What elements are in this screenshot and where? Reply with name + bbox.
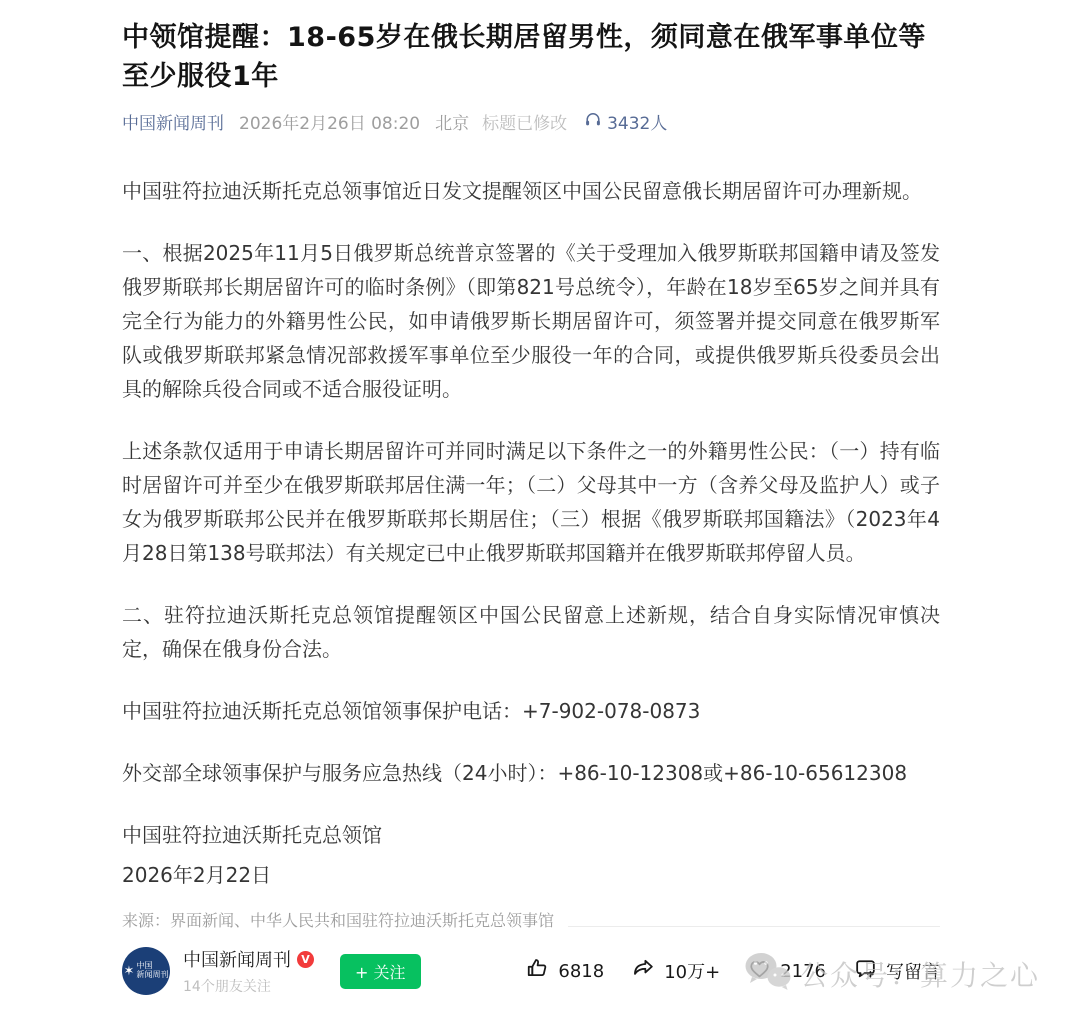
comment-label: 写留言 <box>886 958 940 984</box>
paragraph: 上述条款仅适用于申请长期居留许可并同时满足以下条件之一的外籍男性公民：（一）持有… <box>122 434 940 570</box>
share-arrow-icon <box>631 956 664 986</box>
account-link[interactable]: 中国新闻周刊 <box>122 109 224 134</box>
account-name[interactable]: 中国新闻周刊 <box>183 946 291 972</box>
share-button[interactable]: 10万+ <box>631 956 720 986</box>
heart-icon <box>747 956 780 986</box>
article-byline: 中国新闻周刊 2026年2月26日 08:20 北京 标题已修改 3432人 <box>122 109 940 134</box>
headphone-icon <box>584 110 607 133</box>
publish-location: 北京 <box>435 109 469 134</box>
avatar-logo-icon: ✶ <box>124 964 135 979</box>
like-count: 6818 <box>558 961 604 982</box>
signature-name: 中国驻符拉迪沃斯托克总领馆 <box>122 818 940 852</box>
share-count: 10万+ <box>664 958 720 984</box>
title-edited-note: 标题已修改 <box>482 109 567 134</box>
article-page: 中领馆提醒：18-65岁在俄长期居留男性，须同意在俄军事单位等至少服役1年 中国… <box>0 0 1080 1027</box>
verified-badge-icon: V <box>297 951 314 968</box>
heart-count: 2176 <box>780 961 826 982</box>
paragraph: 一、根据2025年11月5日俄罗斯总统普京签署的《关于受理加入俄罗斯联邦国籍申请… <box>122 236 940 406</box>
source-line: 来源：界面新闻、中华人民共和国驻符拉迪沃斯托克总领事馆 <box>122 908 554 931</box>
account-footer: ✶ 中国 新闻周刊 中国新闻周刊 V 14个朋友关注 + 关注 <box>122 946 940 996</box>
account-block: 中国新闻周刊 V 14个朋友关注 <box>183 946 314 996</box>
paragraph: 二、驻符拉迪沃斯托克总领馆提醒领区中国公民留意上述新规，结合自身实际情况审慎决定… <box>122 598 940 666</box>
paragraph-hotline: 外交部全球领事保护与服务应急热线（24小时）：+86-10-12308或+86-… <box>122 756 940 790</box>
comment-bubble-icon <box>853 956 886 986</box>
heart-button[interactable]: 2176 <box>747 956 826 986</box>
divider <box>568 926 940 927</box>
friends-follow-note: 14个朋友关注 <box>183 976 314 996</box>
signature-date: 2026年2月22日 <box>122 858 940 892</box>
listener-count: 3432人 <box>607 109 667 134</box>
audio-listeners[interactable]: 3432人 <box>584 109 667 134</box>
article-content: 中领馆提醒：18-65岁在俄长期居留男性，须同意在俄军事单位等至少服役1年 中国… <box>122 0 940 996</box>
article-body: 中国驻符拉迪沃斯托克总领事馆近日发文提醒领区中国公民留意俄长期居留许可办理新规。… <box>122 174 940 892</box>
follow-button[interactable]: + 关注 <box>340 954 421 989</box>
comment-button[interactable]: 写留言 <box>853 956 940 986</box>
source-row: 来源：界面新闻、中华人民共和国驻符拉迪沃斯托克总领事馆 <box>122 908 940 931</box>
paragraph: 中国驻符拉迪沃斯托克总领事馆近日发文提醒领区中国公民留意俄长期居留许可办理新规。 <box>122 174 940 208</box>
action-bar: 6818 10万+ 2176 <box>498 956 940 986</box>
thumbs-up-icon <box>525 956 558 986</box>
publish-datetime: 2026年2月26日 08:20 <box>239 109 420 134</box>
paragraph-phone: 中国驻符拉迪沃斯托克总领馆领事保护电话：+7-902-078-0873 <box>122 694 940 728</box>
article-title: 中领馆提醒：18-65岁在俄长期居留男性，须同意在俄军事单位等至少服役1年 <box>122 18 940 96</box>
like-button[interactable]: 6818 <box>525 956 604 986</box>
account-avatar[interactable]: ✶ 中国 新闻周刊 <box>122 947 170 995</box>
avatar-logo-text: 中国 新闻周刊 <box>136 962 168 980</box>
